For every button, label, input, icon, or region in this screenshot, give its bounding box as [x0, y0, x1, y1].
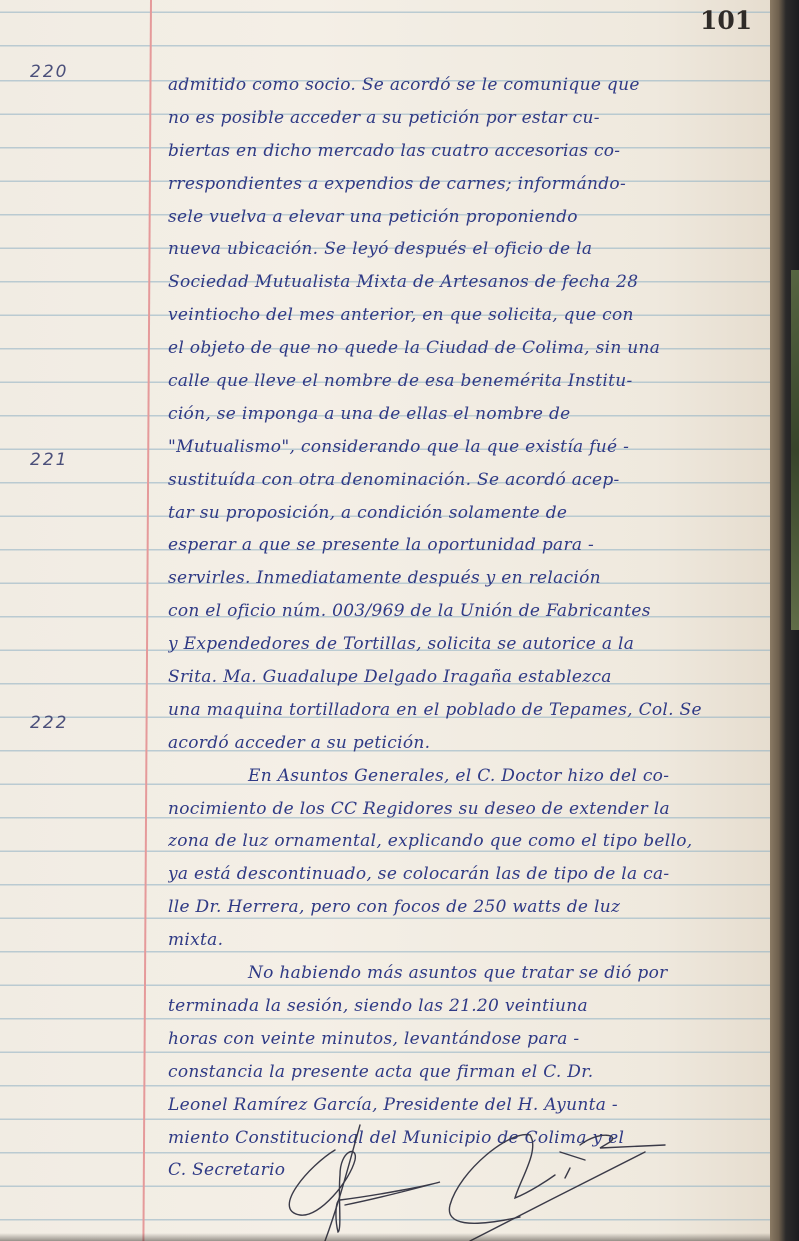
text-line: Srita. Ma. Guadalupe Delgado Iragaña est… — [168, 661, 770, 694]
signature-secretary — [449, 1135, 530, 1224]
text-line: nocimiento de los CC Regidores su deseo … — [168, 793, 770, 826]
text-line: biertas en dicho mercado las cuatro acce… — [168, 135, 770, 168]
entry-number-222: 222 — [30, 713, 68, 733]
text-line: Sociedad Mutualista Mixta de Artesanos d… — [168, 266, 770, 299]
signature-president — [325, 1125, 360, 1241]
text-line: con el oficio núm. 003/969 de la Unión d… — [168, 595, 770, 628]
text-line: servirles. Inmediatamente después y en r… — [168, 562, 770, 595]
page-bottom-shadow — [0, 1233, 770, 1241]
signatures — [280, 1120, 770, 1241]
text-line: el objeto de que no quede la Ciudad de C… — [168, 332, 770, 365]
text-line: admitido como socio. Se acordó se le com… — [168, 69, 770, 102]
text-line: mixta. — [168, 924, 770, 957]
text-line: esperar a que se presente la oportunidad… — [168, 529, 770, 562]
text-line: rrespondientes a expendios de carnes; in… — [168, 168, 770, 201]
text-line: No habiendo más asuntos que tratar se di… — [168, 957, 770, 990]
text-line: Leonel Ramírez García, Presidente del H.… — [168, 1089, 770, 1122]
text-line: nueva ubicación. Se leyó después el ofic… — [168, 233, 770, 266]
signature-strokes — [280, 1120, 770, 1241]
text-line: veintiocho del mes anterior, en que soli… — [168, 299, 770, 332]
text-line: acordó acceder a su petición. — [168, 727, 770, 760]
page-number: 101 — [700, 6, 752, 35]
background-foliage — [791, 270, 799, 630]
text-line: ción, se imponga a una de ellas el nombr… — [168, 398, 770, 431]
text-line: no es posible acceder a su petición por … — [168, 102, 770, 135]
text-line: constancia la presente acta que firman e… — [168, 1056, 770, 1089]
text-line: lle Dr. Herrera, pero con focos de 250 w… — [168, 891, 770, 924]
text-line: calle que lleve el nombre de esa benemér… — [168, 365, 770, 398]
entry-number-220: 220 — [30, 62, 68, 82]
ledger-page: 101 220 221 222 admitido como socio. Se … — [0, 0, 770, 1241]
handwritten-minutes: admitido como socio. Se acordó se le com… — [168, 69, 770, 1187]
text-line: una maquina tortilladora en el poblado d… — [168, 694, 770, 727]
text-line: ya está descontinuado, se colocarán las … — [168, 858, 770, 891]
text-line: En Asuntos Generales, el C. Doctor hizo … — [168, 760, 770, 793]
text-line: horas con veinte minutos, levantándose p… — [168, 1023, 770, 1056]
text-line: sustituída con otra denominación. Se aco… — [168, 464, 770, 497]
text-line: y Expendedores de Tortillas, solicita se… — [168, 628, 770, 661]
text-line: "Mutualismo", considerando que la que ex… — [168, 431, 770, 464]
text-line: terminada la sesión, siendo las 21.20 ve… — [168, 990, 770, 1023]
text-line: tar su proposición, a condición solament… — [168, 497, 770, 530]
text-line: sele vuelva a elevar una petición propon… — [168, 201, 770, 234]
entry-number-221: 221 — [30, 450, 68, 470]
text-line: zona de luz ornamental, explicando que c… — [168, 825, 770, 858]
